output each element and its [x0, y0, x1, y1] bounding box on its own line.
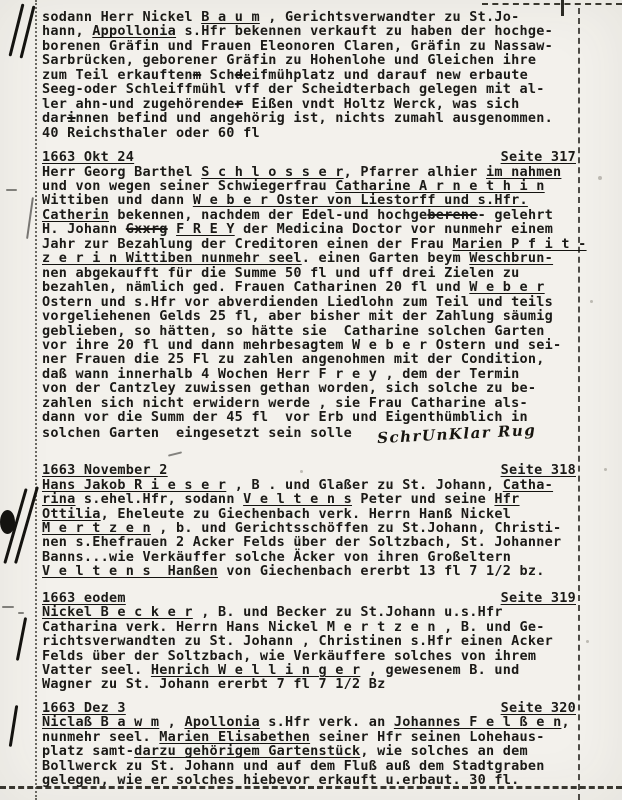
- typed-text: dann vor die Summ der 45 fl vor Erb und …: [42, 409, 528, 425]
- text-line: Bollwerck zu St. Johann und auf dem Fluß…: [42, 759, 576, 773]
- typed-text: von Giechenbach ererbt 13 fl 7 1/2 bz.: [218, 563, 545, 579]
- text-line: darinnen befind und angehörig ist, nicht…: [42, 111, 576, 125]
- document-body: sodann Herr Nickel B a u m , Gerichtsver…: [42, 10, 576, 788]
- entry-date: 1663 eodem: [42, 591, 126, 605]
- text-line: sodann Herr Nickel B a u m , Gerichtsver…: [42, 10, 576, 24]
- handwritten-annotation: SchrUnKlar Rug: [377, 423, 537, 446]
- text-line: M e r t z e n , b. und Gerichtsschöffen …: [42, 521, 576, 535]
- margin-slash-mark: [16, 617, 27, 661]
- text-line: nen s.Ehefrauen 2 Acker Felds über der S…: [42, 535, 576, 549]
- entry-section: sodann Herr Nickel B a u m , Gerichtsver…: [42, 10, 576, 140]
- margin-dash-mark: [2, 606, 14, 608]
- entry-heading: 1663 November 2Seite 318: [42, 463, 576, 477]
- text-line: H. Johann Gxxrg F R E Y der Medicina Doc…: [42, 222, 576, 236]
- text-line: Niclaß B a w m , Apollonia s.Hfr verk. a…: [42, 715, 576, 729]
- right-ruled-border: [578, 8, 580, 800]
- text-line: borenen Gräfin und Frauen Eleonoren Clar…: [42, 39, 576, 53]
- page-number: Seite 320: [501, 701, 576, 715]
- page-number: Seite 318: [501, 463, 576, 477]
- page-number: Seite 317: [501, 150, 576, 164]
- scan-speck: [586, 640, 589, 643]
- text-line: V e l t e n s Hanßen von Giechenbach ere…: [42, 564, 576, 578]
- text-line: Herr Georg Barthel S c h l o s s e r, Pf…: [42, 165, 576, 179]
- text-line: und von wegen seiner Schwiegerfrau Catha…: [42, 179, 576, 193]
- typed-text: ,: [561, 714, 569, 730]
- text-line: richtsverwandten zu St. Johann , Christi…: [42, 634, 576, 648]
- text-line: geblieben, so hätten, so hätte sie Catha…: [42, 324, 576, 338]
- text-line: Seeg-oder Schleiffmühl vff der Scheidter…: [42, 82, 576, 96]
- text-line: z e r i n Wittiben nunmehr seel. einen G…: [42, 251, 576, 265]
- typed-text: solchen Garten eingesetzt sein solle: [42, 425, 377, 441]
- margin-slash-mark: [26, 197, 34, 239]
- text-line: Nickel B e c k e r , B. und Becker zu St…: [42, 605, 576, 619]
- entry-date: 1663 Dez 3: [42, 701, 126, 715]
- text-line: Vatter seel. Henrich W e l l i n g e r ,…: [42, 663, 576, 677]
- left-ruled-border: [35, 0, 37, 800]
- text-line: nunmehr seel. Marien Elisabethen seiner …: [42, 730, 576, 744]
- text-line: platz samt-darzu gehörigem Gartenstück, …: [42, 744, 576, 758]
- text-line: ner Frauen die 25 Fl zu zahlen angenohme…: [42, 352, 576, 366]
- text-line: rina s.ehel.Hfr, sodann V e l t e n s Pe…: [42, 492, 576, 506]
- text-line: Sarbrücken, geborener Gräfin zu Hohenloh…: [42, 53, 576, 67]
- text-line: vor ihre 20 fl und dann mehrbesagtem W e…: [42, 338, 576, 352]
- text-line: Jahr zur Bezahlung der Creditoren einen …: [42, 237, 576, 251]
- text-line: Wittiben und dann W e b e r Oster von Li…: [42, 193, 576, 207]
- text-line: zahlen sich nicht erwidern werde , sie F…: [42, 396, 576, 410]
- top-right-rule: [482, 3, 622, 5]
- text-line: Felds über der Soltzbach, wie Verkäuffer…: [42, 649, 576, 663]
- text-line: solchen Garten eingesetzt sein solle Sch…: [42, 425, 576, 440]
- text-line: vorgeliehenen Gelds 25 fl, aber bisher m…: [42, 309, 576, 323]
- page-number: Seite 319: [501, 591, 576, 605]
- text-line: Catharina verk. Herrn Hans Nickel M e r …: [42, 620, 576, 634]
- text-line: Hans Jakob R i e s e r , B . und Glaßer …: [42, 478, 576, 492]
- text-line: Wagner zu St. Johann ererbt 7 fl 7 1/2 B…: [42, 677, 576, 691]
- text-line: 40 Reichsthaler oder 60 fl: [42, 126, 576, 140]
- margin-slash-mark: [9, 705, 18, 747]
- text-line: Ottilia, Eheleute zu Giechenbach verk. H…: [42, 507, 576, 521]
- text-line: zum Teil erkauftenm Schdeifmühplatz und …: [42, 68, 576, 82]
- margin-dash-mark: [6, 189, 17, 191]
- underlined-name: V e l t e n s Hanßen: [42, 563, 218, 579]
- text-line: nen abgekaufft für die Summe 50 fl und u…: [42, 266, 576, 280]
- scan-speck: [604, 468, 607, 471]
- entry-heading: 1663 eodemSeite 319: [42, 591, 576, 605]
- text-line: Catherin bekennen, nachdem der Edel-und …: [42, 208, 576, 222]
- text-line: hann, Appollonia s.Hfr bekennen verkauft…: [42, 24, 576, 38]
- entry-date: 1663 November 2: [42, 463, 168, 477]
- entry-heading: 1663 Dez 3Seite 320: [42, 701, 576, 715]
- scan-speck: [598, 176, 602, 180]
- text-line: von der Cantzley zuwissen gethan worden,…: [42, 381, 576, 395]
- text-line: Ostern und s.Hfr vor abverdienden Liedlo…: [42, 295, 576, 309]
- scan-speck: [300, 470, 303, 473]
- entry-section: 1663 eodemSeite 319Nickel B e c k e r , …: [42, 591, 576, 692]
- text-line: Banns...wie Verkäuffer solche Äcker von …: [42, 550, 576, 564]
- entry-section: 1663 Dez 3Seite 320Niclaß B a w m , Apol…: [42, 701, 576, 788]
- text-line: daß wann innerhalb 4 Wochen Herr F r e y…: [42, 367, 576, 381]
- typed-text: Wagner zu St. Johann ererbt 7 fl 7 1/2 B…: [42, 676, 386, 692]
- entry-heading: 1663 Okt 24Seite 317: [42, 150, 576, 164]
- typed-text: gelegen, wie er solches hiebevor erkauft…: [42, 772, 520, 788]
- scan-speck: [590, 300, 593, 303]
- text-line: gelegen, wie er solches hiebevor erkauft…: [42, 773, 576, 787]
- entry-section: 1663 November 2Seite 318Hans Jakob R i e…: [42, 463, 576, 579]
- text-line: bezahlen, nämlich ged. Frauen Catharinen…: [42, 280, 576, 294]
- text-line: ler ahn-und zugehörender Eißen vndt Holt…: [42, 97, 576, 111]
- typed-text: 40 Reichsthaler oder 60 fl: [42, 125, 260, 141]
- margin-dash-mark: [18, 612, 24, 614]
- entry-section: 1663 Okt 24Seite 317Herr Georg Barthel S…: [42, 150, 576, 440]
- entry-date: 1663 Okt 24: [42, 150, 134, 164]
